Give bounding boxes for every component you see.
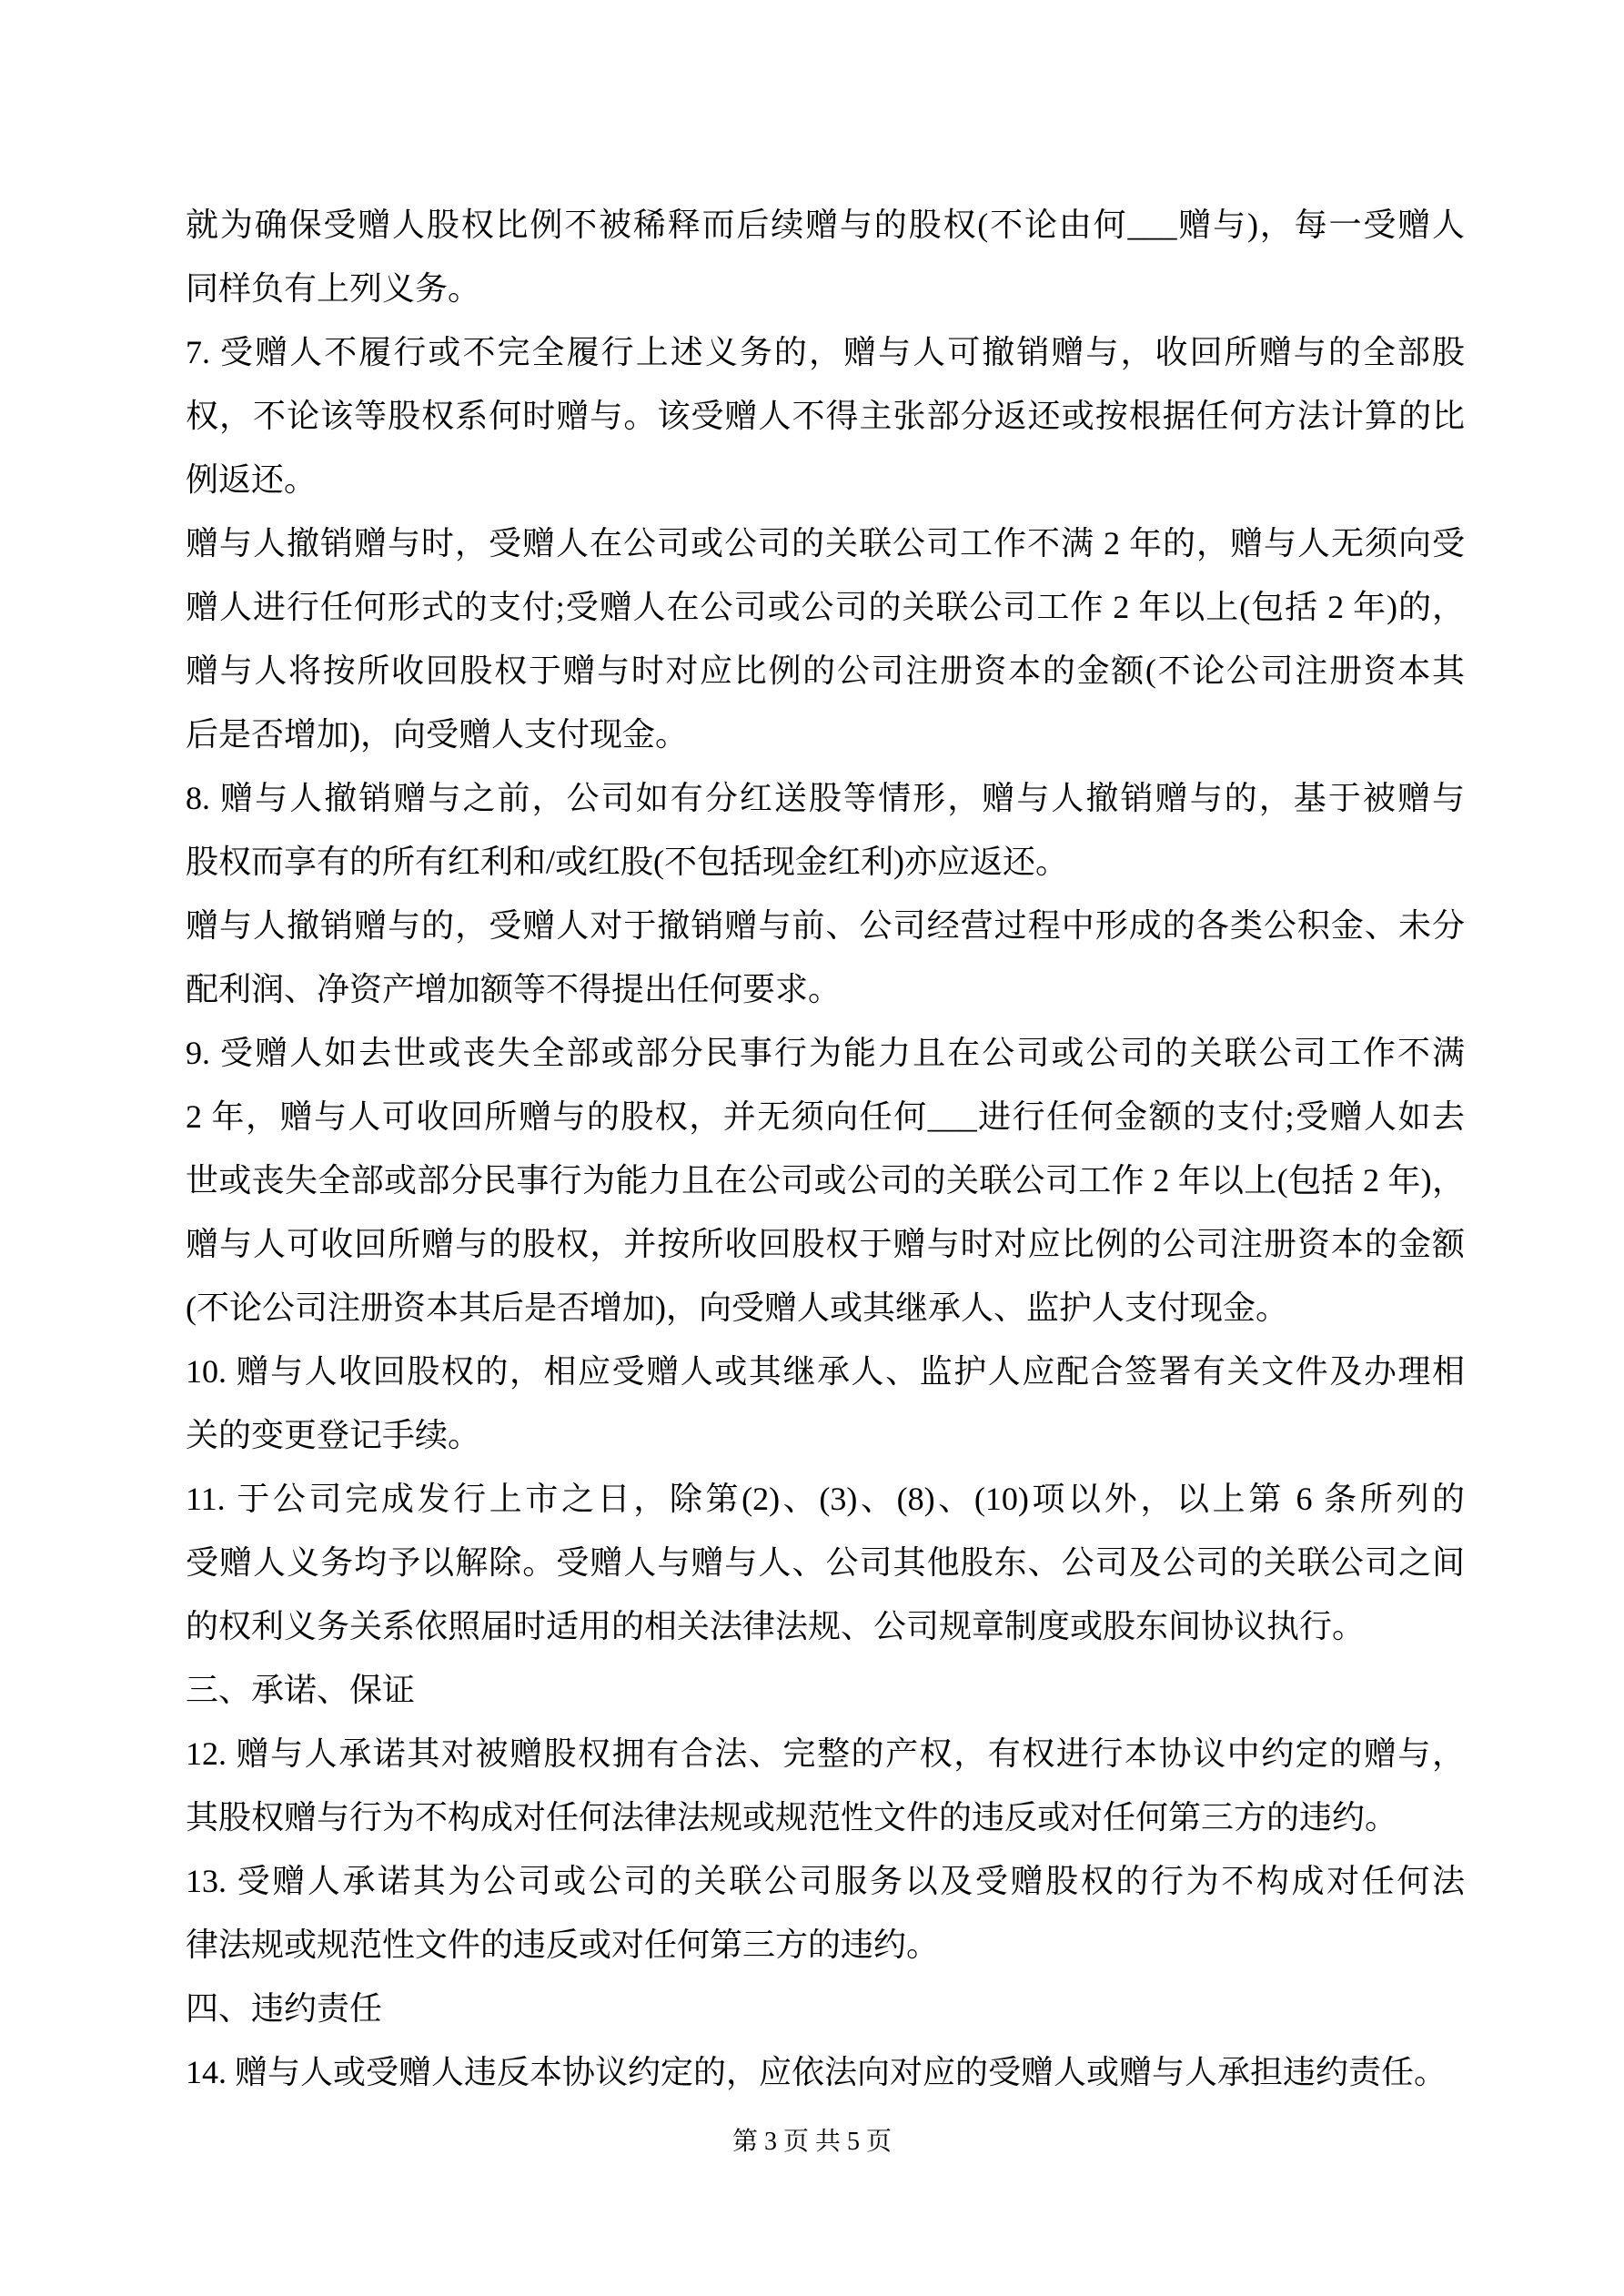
paragraph: 就为确保受赠人股权比例不被稀释而后续赠与的股权(不论由何___赠与)，每一受赠人…	[186, 193, 1465, 320]
text-line: 9. 受赠人如去世或丧失全部或部分民事行为能力且在公司或公司的关联公司工作不满	[186, 1021, 1465, 1085]
text-line: (不论公司注册资本其后是否增加)，向受赠人或其继承人、监护人支付现金。	[186, 1276, 1465, 1340]
text-line: 7. 受赠人不履行或不完全履行上述义务的，赠与人可撤销赠与，收回所赠与的全部股	[186, 320, 1465, 384]
text-line: 11. 于公司完成发行上市之日，除第(2)、(3)、(8)、(10)项以外，以上…	[186, 1467, 1465, 1531]
text-line: 10. 赠与人收回股权的，相应受赠人或其继承人、监护人应配合签署有关文件及办理相	[186, 1340, 1465, 1403]
paragraph: 赠与人撤销赠与时，受赠人在公司或公司的关联公司工作不满 2 年的，赠与人无须向受…	[186, 511, 1465, 766]
text-line: 就为确保受赠人股权比例不被稀释而后续赠与的股权(不论由何___赠与)，每一受赠人	[186, 193, 1465, 257]
text-line: 14. 赠与人或受赠人违反本协议约定的，应依法向对应的受赠人或赠与人承担违约责任…	[186, 2040, 1465, 2104]
text-line: 赠与人将按所收回股权于赠与时对应比例的公司注册资本的金额(不论公司注册资本其	[186, 639, 1465, 703]
text-line: 关的变更登记手续。	[186, 1403, 1465, 1467]
text-line: 三、承诺、保证	[186, 1658, 1465, 1722]
paragraph: 三、承诺、保证	[186, 1658, 1465, 1722]
text-line: 权，不论该等股权系何时赠与。该受赠人不得主张部分返还或按根据任何方法计算的比	[186, 384, 1465, 448]
text-line: 股权而享有的所有红利和/或红股(不包括现金红利)亦应返还。	[186, 830, 1465, 894]
text-line: 赠与人撤销赠与的，受赠人对于撤销赠与前、公司经营过程中形成的各类公积金、未分	[186, 894, 1465, 957]
document-page: 就为确保受赠人股权比例不被稀释而后续赠与的股权(不论由何___赠与)，每一受赠人…	[0, 0, 1624, 2296]
paragraph: 赠与人撤销赠与的，受赠人对于撤销赠与前、公司经营过程中形成的各类公积金、未分配利…	[186, 894, 1465, 1021]
text-line: 13. 受赠人承诺其为公司或公司的关联公司服务以及受赠股权的行为不构成对任何法	[186, 1849, 1465, 1913]
document-body: 就为确保受赠人股权比例不被稀释而后续赠与的股权(不论由何___赠与)，每一受赠人…	[186, 193, 1465, 2104]
text-line: 例返还。	[186, 448, 1465, 511]
text-line: 后是否增加)，向受赠人支付现金。	[186, 703, 1465, 766]
text-line: 同样负有上列义务。	[186, 257, 1465, 320]
text-line: 四、违约责任	[186, 1977, 1465, 2040]
text-line: 律法规或规范性文件的违反或对任何第三方的违约。	[186, 1913, 1465, 1977]
paragraph: 14. 赠与人或受赠人违反本协议约定的，应依法向对应的受赠人或赠与人承担违约责任…	[186, 2040, 1465, 2104]
page-footer: 第 3 页 共 5 页	[0, 2122, 1624, 2162]
paragraph: 8. 赠与人撤销赠与之前，公司如有分红送股等情形，赠与人撤销赠与的，基于被赠与股…	[186, 766, 1465, 894]
text-line: 2 年，赠与人可收回所赠与的股权，并无须向任何___进行任何金额的支付;受赠人如…	[186, 1085, 1465, 1148]
text-line: 12. 赠与人承诺其对被赠股权拥有合法、完整的产权，有权进行本协议中约定的赠与，	[186, 1722, 1465, 1785]
text-line: 赠人进行任何形式的支付;受赠人在公司或公司的关联公司工作 2 年以上(包括 2 …	[186, 575, 1465, 639]
text-line: 其股权赠与行为不构成对任何法律法规或规范性文件的违反或对任何第三方的违约。	[186, 1785, 1465, 1849]
text-line: 受赠人义务均予以解除。受赠人与赠与人、公司其他股东、公司及公司的关联公司之间	[186, 1531, 1465, 1594]
paragraph: 9. 受赠人如去世或丧失全部或部分民事行为能力且在公司或公司的关联公司工作不满2…	[186, 1021, 1465, 1340]
text-line: 8. 赠与人撤销赠与之前，公司如有分红送股等情形，赠与人撤销赠与的，基于被赠与	[186, 766, 1465, 830]
paragraph: 13. 受赠人承诺其为公司或公司的关联公司服务以及受赠股权的行为不构成对任何法律…	[186, 1849, 1465, 1977]
paragraph: 11. 于公司完成发行上市之日，除第(2)、(3)、(8)、(10)项以外，以上…	[186, 1467, 1465, 1658]
text-line: 世或丧失全部或部分民事行为能力且在公司或公司的关联公司工作 2 年以上(包括 2…	[186, 1148, 1465, 1212]
text-line: 的权利义务关系依照届时适用的相关法律法规、公司规章制度或股东间协议执行。	[186, 1594, 1465, 1658]
page-number-label: 第 3 页 共 5 页	[732, 2128, 892, 2156]
paragraph: 四、违约责任	[186, 1977, 1465, 2040]
text-line: 赠与人撤销赠与时，受赠人在公司或公司的关联公司工作不满 2 年的，赠与人无须向受	[186, 511, 1465, 575]
paragraph: 10. 赠与人收回股权的，相应受赠人或其继承人、监护人应配合签署有关文件及办理相…	[186, 1340, 1465, 1467]
paragraph: 12. 赠与人承诺其对被赠股权拥有合法、完整的产权，有权进行本协议中约定的赠与，…	[186, 1722, 1465, 1849]
paragraph: 7. 受赠人不履行或不完全履行上述义务的，赠与人可撤销赠与，收回所赠与的全部股权…	[186, 320, 1465, 511]
text-line: 配利润、净资产增加额等不得提出任何要求。	[186, 957, 1465, 1021]
text-line: 赠与人可收回所赠与的股权，并按所收回股权于赠与时对应比例的公司注册资本的金额	[186, 1212, 1465, 1276]
